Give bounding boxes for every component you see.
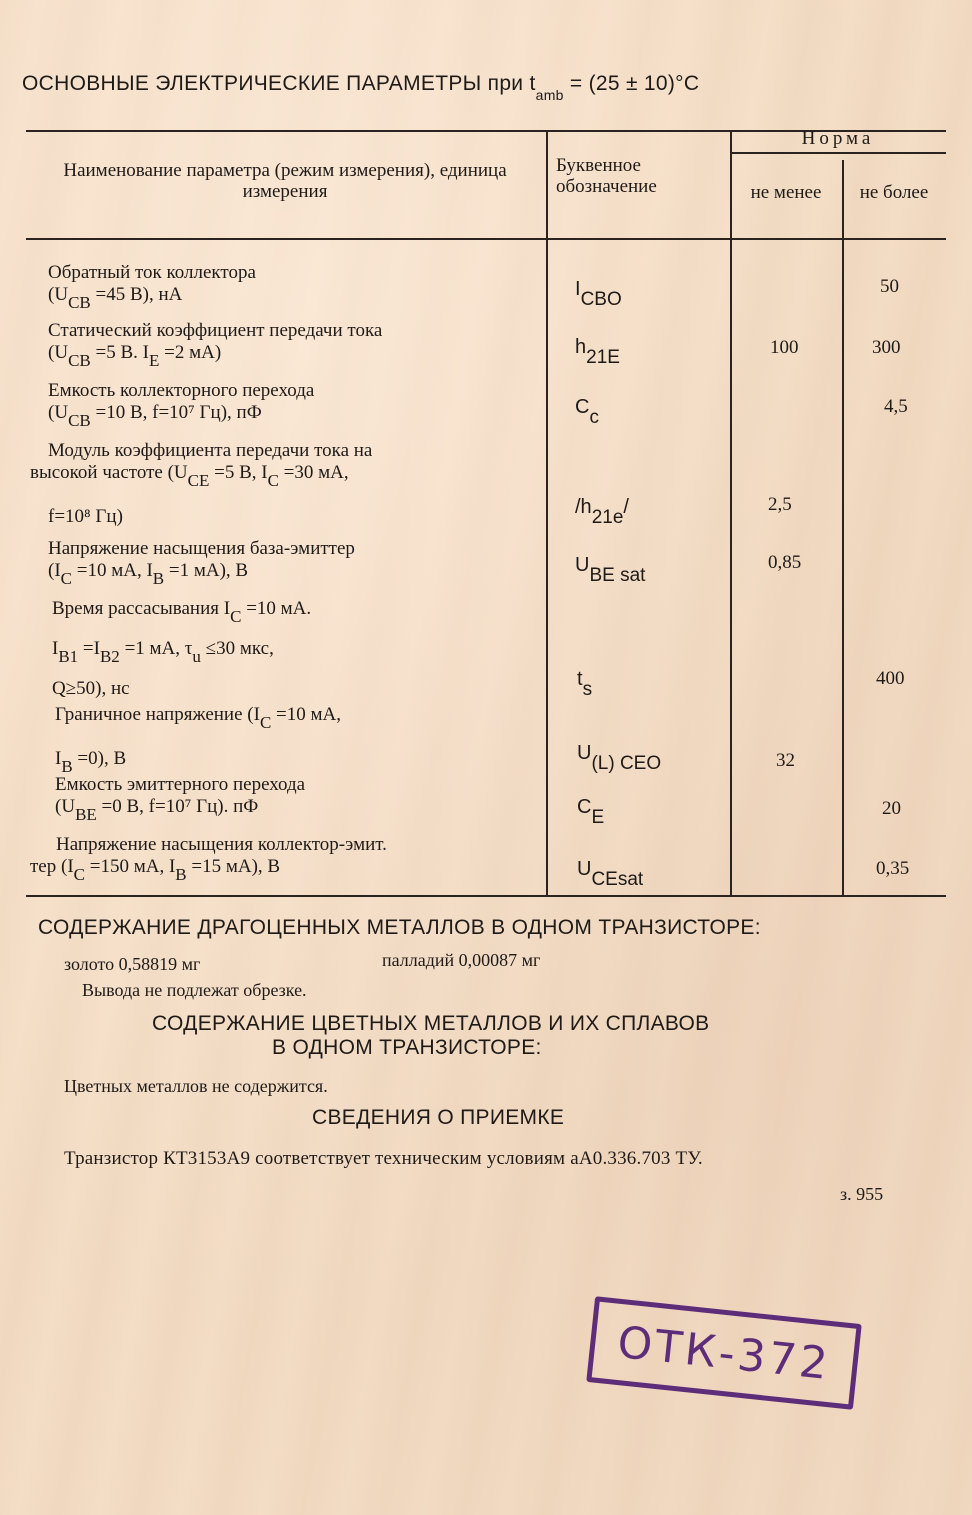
subscript: B xyxy=(153,569,164,588)
param-condition: (UCB =10 В, f=10⁷ Гц), пФ xyxy=(48,402,314,432)
param-name: Статический коэффициент передачи тока xyxy=(48,320,382,342)
text: =0 В, f=10⁷ Гц). пФ xyxy=(97,796,258,817)
text: =1 мА, τ xyxy=(120,638,193,659)
text: (U xyxy=(48,284,68,305)
text: =5 В. I xyxy=(91,342,149,363)
leads-note: Вывода не подлежат обрезке. xyxy=(82,980,307,1001)
value-max: 0,35 xyxy=(876,858,909,880)
header-norm: Норма xyxy=(730,128,946,149)
text: =10 мА, xyxy=(271,704,341,725)
param-condition: (UBE =0 В, f=10⁷ Гц). пФ xyxy=(55,796,305,826)
nonferrous-heading-line2: В ОДНОМ ТРАНЗИСТОРЕ: xyxy=(272,1036,542,1060)
value-min: 2,5 xyxy=(768,494,792,516)
subscript: c xyxy=(589,407,599,428)
nonferrous-heading-line1: СОДЕРЖАНИЕ ЦВЕТНЫХ МЕТАЛЛОВ И ИХ СПЛАВОВ xyxy=(152,1012,709,1036)
subscript: B2 xyxy=(100,647,120,666)
subscript: BE xyxy=(75,805,97,824)
subscript: s xyxy=(583,679,593,700)
text: U xyxy=(575,554,589,576)
table-row: Емкость коллекторного перехода (UCB =10 … xyxy=(48,380,314,432)
text: (U xyxy=(48,342,68,363)
param-condition-cont: Q≥50), нс xyxy=(52,678,311,700)
table-row: Емкость эмиттерного перехода (UBE =0 В, … xyxy=(55,774,305,826)
subscript: CBO xyxy=(581,289,622,310)
column-divider-1 xyxy=(546,130,548,895)
value-max: 50 xyxy=(880,276,899,298)
subscript: E xyxy=(149,351,159,370)
text: =1 мА), В xyxy=(164,560,248,581)
subscript: (L) CEO xyxy=(591,753,661,774)
param-condition: IB1 =IB2 =1 мА, τu ≤30 мкс, xyxy=(52,638,311,668)
table-header-rule xyxy=(26,238,946,240)
text: =10 мА. xyxy=(241,598,311,619)
text: (U xyxy=(55,796,75,817)
text: =5 В, I xyxy=(209,462,267,483)
table-row: Граничное напряжение (IC =10 мА, IB =0),… xyxy=(55,704,341,778)
table-row: Статический коэффициент передачи тока (U… xyxy=(48,320,382,372)
header-max: не более xyxy=(844,182,944,203)
param-symbol: ts xyxy=(577,668,592,701)
subscript: CEsat xyxy=(591,869,643,890)
value-max: 20 xyxy=(882,798,901,820)
column-divider-2 xyxy=(730,130,732,895)
subscript: C xyxy=(61,569,72,588)
text: =I xyxy=(78,638,100,659)
text: =150 мА, I xyxy=(85,856,175,877)
text: =0), В xyxy=(73,748,126,769)
qc-stamp: ОТК-372 xyxy=(586,1296,862,1410)
stamp-text: ОТК-372 xyxy=(615,1316,833,1389)
value-min: 100 xyxy=(770,337,799,359)
text: h xyxy=(575,336,586,358)
column-divider-3 xyxy=(842,160,844,895)
table-row: Напряжение насыщения коллектор-эмит. тер… xyxy=(30,834,387,886)
norm-header-rule xyxy=(730,152,946,154)
title-condition: = (25 ± 10)°C xyxy=(564,72,700,95)
subscript: B xyxy=(175,865,186,884)
param-name: Емкость коллекторного перехода xyxy=(48,380,314,402)
palladium-content: палладий 0,00087 мг xyxy=(382,950,540,971)
precious-metals-heading: СОДЕРЖАНИЕ ДРАГОЦЕННЫХ МЕТАЛЛОВ В ОДНОМ … xyxy=(38,916,761,940)
subscript: BE sat xyxy=(589,565,645,586)
text: C xyxy=(575,396,589,418)
param-name: Напряжение насыщения база-эмиттер xyxy=(48,538,355,560)
param-name: Модуль коэффициента передачи тока на xyxy=(30,440,372,462)
header-symbol: Буквенное обозначение xyxy=(556,155,716,197)
subscript: CB xyxy=(68,411,91,430)
param-symbol: ICBO xyxy=(575,278,622,311)
title-subscript: amb xyxy=(536,87,564,103)
text: =2 мА) xyxy=(159,342,221,363)
subscript: E xyxy=(591,807,604,828)
value-min: 32 xyxy=(776,750,795,772)
subscript: 21e xyxy=(592,507,624,528)
text: =45 В), нА xyxy=(91,284,183,305)
subscript: C xyxy=(230,607,241,626)
text: (U xyxy=(48,402,68,423)
param-symbol: Cc xyxy=(575,396,599,429)
param-condition: тер (IC =150 мА, IB =15 мА), В xyxy=(30,856,387,886)
document-title: ОСНОВНЫЕ ЭЛЕКТРИЧЕСКИЕ ПАРАМЕТРЫ при tam… xyxy=(22,72,699,103)
text: / xyxy=(623,496,629,518)
param-name: Время рассасывания IC =10 мА. xyxy=(52,598,311,628)
title-text: ОСНОВНЫЕ ЭЛЕКТРИЧЕСКИЕ ПАРАМЕТРЫ при t xyxy=(22,72,536,95)
subscript: u xyxy=(192,647,201,666)
param-name: Граничное напряжение (IC =10 мА, xyxy=(55,704,341,734)
subscript: C xyxy=(268,471,279,490)
header-parameter-name: Наименование параметра (режим измерения)… xyxy=(40,160,530,202)
text: =30 мА, xyxy=(279,462,349,483)
value-min: 0,85 xyxy=(768,552,801,574)
param-symbol: UCEsat xyxy=(577,858,643,891)
value-max: 400 xyxy=(876,668,905,690)
text: ≤30 мкс, xyxy=(201,638,274,659)
order-number: з. 955 xyxy=(840,1184,883,1205)
param-symbol: CE xyxy=(577,796,604,829)
subscript: C xyxy=(74,865,85,884)
table-row: Обратный ток коллектора (UCB =45 В), нА xyxy=(48,262,256,314)
subscript: CE xyxy=(188,471,210,490)
text: U xyxy=(577,742,591,764)
subscript: B1 xyxy=(58,647,78,666)
param-condition: (UCB =45 В), нА xyxy=(48,284,256,314)
subscript: CB xyxy=(68,351,91,370)
text: =15 мА), В xyxy=(187,856,280,877)
param-symbol: /h21e/ xyxy=(575,496,629,529)
table-row: Напряжение насыщения база-эмиттер (IC =1… xyxy=(48,538,355,590)
text: тер (I xyxy=(30,856,74,877)
param-name: Обратный ток коллектора xyxy=(48,262,256,284)
text: /h xyxy=(575,496,592,518)
text: C xyxy=(577,796,591,818)
value-max: 300 xyxy=(872,337,901,359)
subscript: C xyxy=(260,713,271,732)
text: Граничное напряжение (I xyxy=(55,704,260,725)
gold-content: золото 0,58819 мг xyxy=(64,954,200,975)
table-row: Модуль коэффициента передачи тока на выс… xyxy=(30,440,372,528)
param-condition: (UCB =5 В. IE =2 мА) xyxy=(48,342,382,372)
nonferrous-text: Цветных металлов не содержится. xyxy=(64,1076,328,1097)
param-symbol: h21E xyxy=(575,336,620,369)
header-min: не менее xyxy=(732,182,840,203)
param-condition: (IC =10 мА, IB =1 мА), В xyxy=(48,560,355,590)
acceptance-heading: СВЕДЕНИЯ О ПРИЕМКЕ xyxy=(312,1106,564,1130)
value-max: 4,5 xyxy=(884,396,908,418)
text: Время рассасывания I xyxy=(52,598,230,619)
text: =10 мА, I xyxy=(72,560,153,581)
acceptance-text: Транзистор КТ3153А9 соответствует технич… xyxy=(64,1148,703,1170)
param-name: Напряжение насыщения коллектор-эмит. xyxy=(30,834,387,856)
param-symbol: UBE sat xyxy=(575,554,645,587)
text: U xyxy=(577,858,591,880)
table-row: Время рассасывания IC =10 мА. IB1 =IB2 =… xyxy=(52,598,311,700)
text: (I xyxy=(48,560,61,581)
text: высокой частоте (U xyxy=(30,462,188,483)
param-name: Емкость эмиттерного перехода xyxy=(55,774,305,796)
param-condition: высокой частоте (UCE =5 В, IC =30 мА, xyxy=(30,462,372,492)
param-symbol: U(L) CEO xyxy=(577,742,661,775)
table-bottom-rule xyxy=(26,895,946,897)
param-condition-cont: f=10⁸ Гц) xyxy=(30,506,372,528)
subscript: CB xyxy=(68,293,91,312)
text: =10 В, f=10⁷ Гц), пФ xyxy=(91,402,262,423)
subscript: 21E xyxy=(586,347,620,368)
